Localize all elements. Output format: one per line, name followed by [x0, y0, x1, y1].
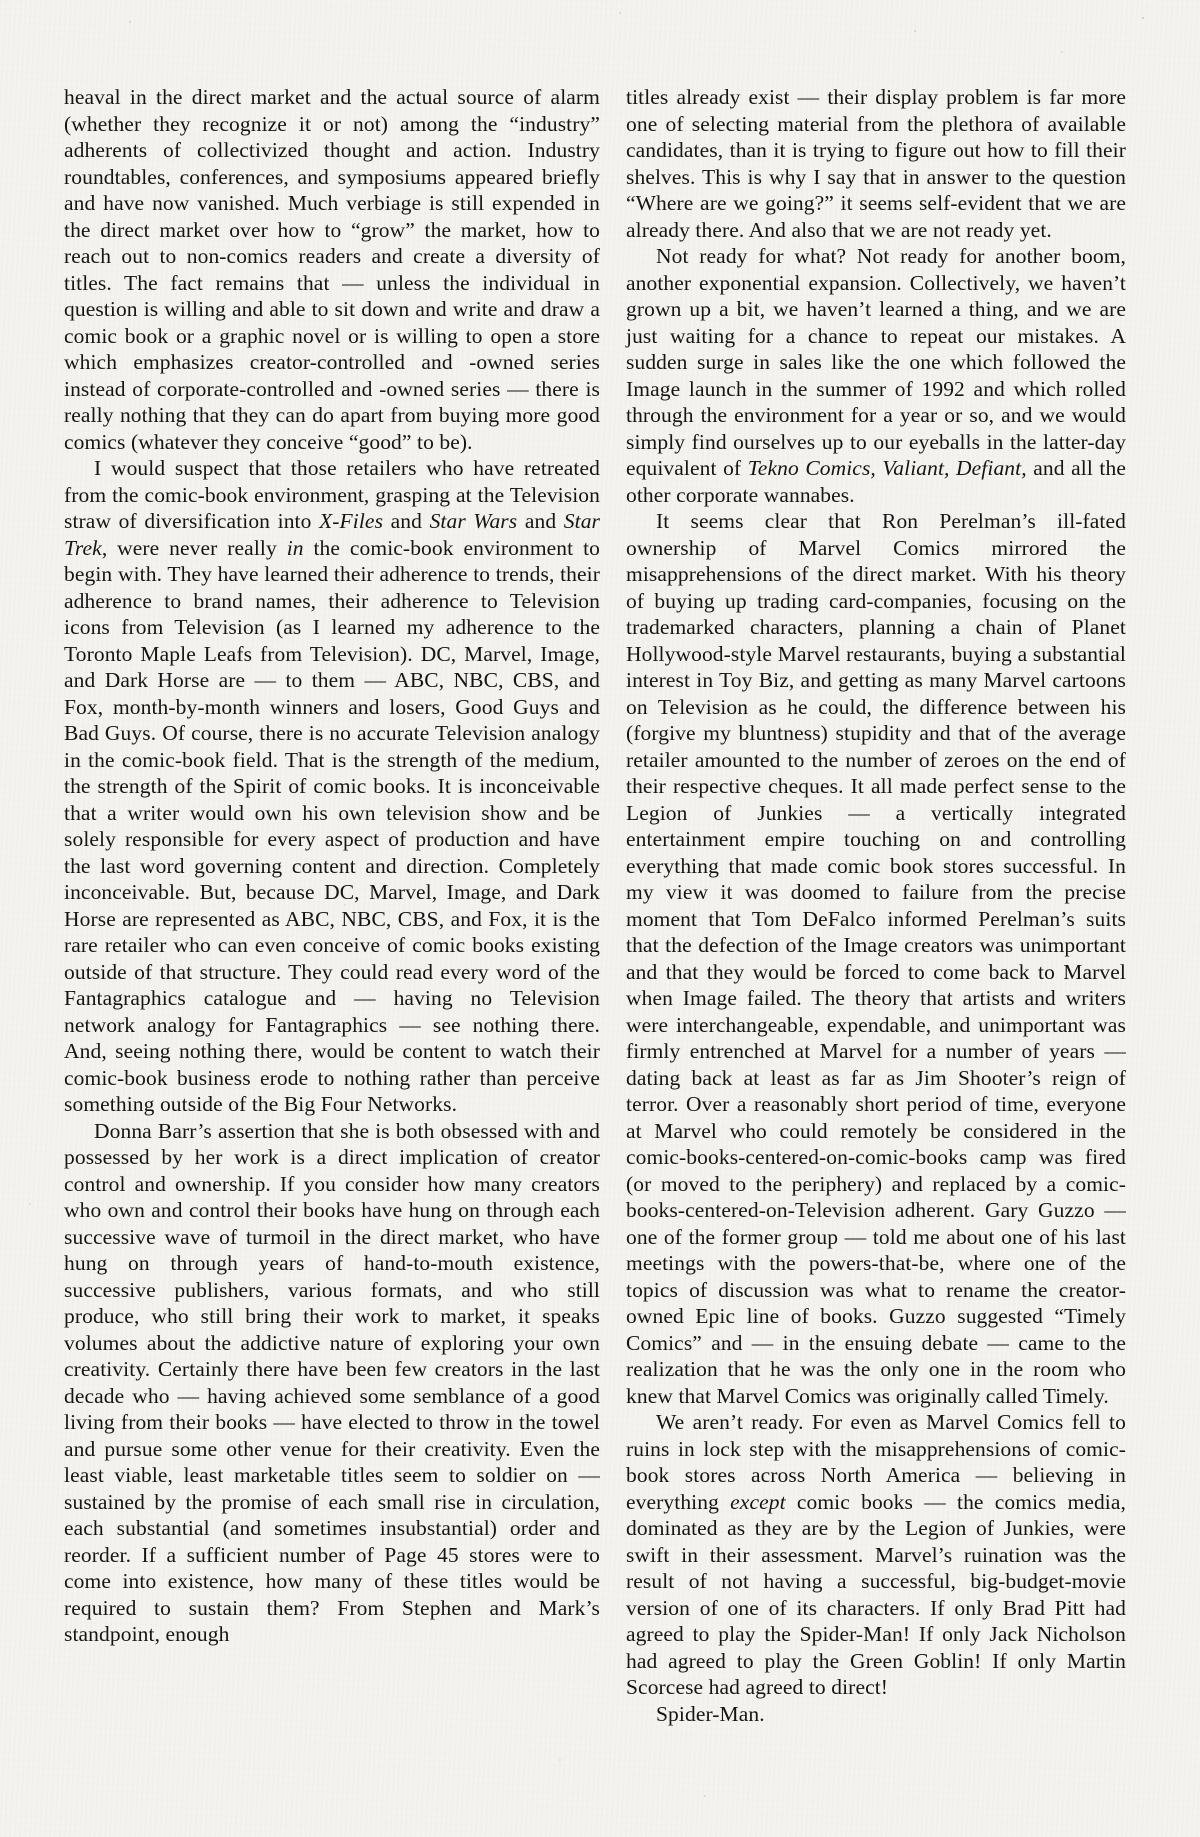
paragraph: It seems clear that Ron Perelman’s ill-f…	[626, 508, 1126, 1409]
text-segment: Not ready for what? Not ready for anothe…	[626, 244, 1126, 480]
italic-text-segment: in	[287, 536, 304, 560]
italic-text-segment: Tekno Comics, Valiant, Defiant,	[748, 456, 1027, 480]
text-segment: comic books — the comics media, dominate…	[626, 1490, 1126, 1700]
italic-text-segment: except	[730, 1490, 786, 1514]
paragraph: Spider-Man.	[626, 1701, 1126, 1728]
text-segment: Donna Barr’s assertion that she is both …	[64, 1119, 600, 1647]
text-segment: heaval in the direct market and the actu…	[64, 85, 600, 454]
text-segment: titles already exist — their display pro…	[626, 85, 1126, 242]
italic-text-segment: Star Wars	[430, 509, 518, 533]
paragraph: We aren’t ready. For even as Marvel Comi…	[626, 1409, 1126, 1701]
text-column-left: heaval in the direct market and the actu…	[64, 84, 600, 1727]
text-segment: and	[517, 509, 564, 533]
italic-text-segment: X-Files	[319, 509, 383, 533]
text-segment: , were never really	[102, 536, 287, 560]
text-segment: It seems clear that Ron Perelman’s ill-f…	[626, 509, 1126, 1408]
paragraph: I would suspect that those retailers who…	[64, 455, 600, 1118]
text-columns: heaval in the direct market and the actu…	[64, 84, 1126, 1727]
paragraph: heaval in the direct market and the actu…	[64, 84, 600, 455]
paragraph: Not ready for what? Not ready for anothe…	[626, 243, 1126, 508]
text-segment: and	[383, 509, 430, 533]
paragraph: titles already exist — their display pro…	[626, 84, 1126, 243]
text-column-right: titles already exist — their display pro…	[626, 84, 1126, 1727]
scanned-page: heaval in the direct market and the actu…	[0, 0, 1200, 1837]
paragraph: Donna Barr’s assertion that she is both …	[64, 1118, 600, 1648]
text-segment: the comic-book environment to begin with…	[64, 536, 600, 1117]
text-segment: Spider-Man.	[656, 1702, 765, 1726]
